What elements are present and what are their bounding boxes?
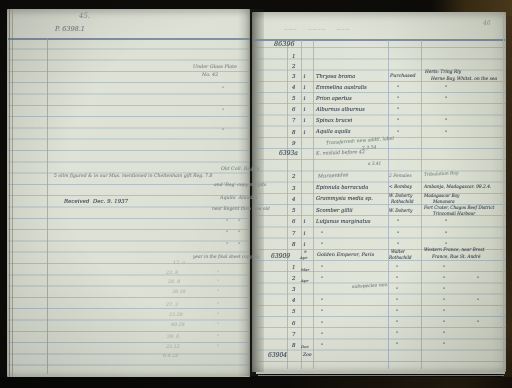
acquisition-entry: Purchased bbox=[390, 75, 416, 80]
species-entry: Emmelina australis bbox=[316, 86, 367, 91]
ditto-mark: " " bbox=[226, 231, 240, 236]
row-number: 8 bbox=[292, 344, 296, 350]
count: 1 bbox=[303, 108, 306, 113]
row-number: 5 bbox=[292, 310, 296, 316]
ditto-mark: " bbox=[321, 277, 323, 282]
ditto-mark: " bbox=[397, 220, 399, 225]
row-number: 4 bbox=[292, 299, 296, 305]
gutter-shadow bbox=[238, 9, 264, 376]
species-entry: Lutjanus marginatus bbox=[316, 220, 371, 225]
ditto-mark: " bbox=[445, 97, 447, 102]
column-divider bbox=[313, 40, 314, 369]
ditto-mark: " bbox=[217, 281, 219, 286]
species-entry: Scomber gillii bbox=[316, 209, 353, 214]
pencil-number: 29. 6 bbox=[167, 336, 179, 341]
acquisition-entry: W. Doherty bbox=[389, 209, 412, 213]
register-suffix: Zoo bbox=[303, 354, 312, 359]
right-page bbox=[252, 12, 506, 372]
ledger-photo: 45. 46 P. 6398.1Under Glass PlateNo. 42"… bbox=[0, 0, 512, 388]
count: 1 bbox=[303, 232, 306, 237]
ditto-mark: " bbox=[445, 220, 447, 225]
case-note: Under Glass Plate bbox=[193, 66, 237, 71]
ditto-mark: " bbox=[321, 344, 323, 349]
ditto-mark: " bbox=[396, 322, 398, 327]
locality-entry: Madagascar Bay bbox=[424, 194, 459, 198]
locality-entry: Fort Crater, Chagos Reef District bbox=[424, 206, 494, 210]
ditto-mark: " bbox=[443, 278, 445, 283]
curator-note: a 3.41 bbox=[368, 162, 381, 166]
curator-note: Aquila Alaudin bbox=[220, 197, 257, 202]
row-number: 9 bbox=[292, 142, 296, 148]
locality-entry: France, Rue St. André bbox=[432, 256, 481, 260]
species-entry: Epinnula barracuda bbox=[316, 186, 368, 191]
row-number: 3 bbox=[292, 288, 296, 294]
ditto-mark: " bbox=[397, 108, 399, 113]
ditto-mark: " bbox=[443, 300, 445, 305]
pencil-number: 23.12 bbox=[166, 346, 180, 351]
ditto-mark: " " bbox=[226, 243, 240, 248]
row-number: 7 bbox=[292, 119, 296, 125]
page-edge-line bbox=[258, 375, 504, 376]
species-entry: Alburnus alburnus bbox=[316, 108, 365, 113]
ditto-mark: " bbox=[217, 314, 219, 319]
ditto-mark: " bbox=[222, 129, 224, 134]
curator-note: near Regent then now old bbox=[212, 208, 270, 212]
curator-note: K. mislaid before 42 bbox=[316, 151, 365, 158]
ditto-mark: " bbox=[222, 87, 224, 92]
row-number: 7 bbox=[292, 232, 296, 238]
ditto-mark: " bbox=[397, 86, 399, 91]
ditto-mark: " bbox=[217, 336, 219, 341]
row-number: 1 bbox=[292, 266, 296, 272]
row-number: 4 bbox=[292, 198, 296, 204]
row-number: 5 bbox=[292, 97, 296, 103]
acquisition-entry: 2 Females bbox=[389, 175, 412, 179]
page-edge-line bbox=[12, 9, 13, 377]
ditto-mark: " bbox=[217, 304, 219, 309]
ditto-mark: " bbox=[396, 344, 398, 349]
pencil-number: 38.18 bbox=[172, 291, 186, 296]
ditto-mark: " bbox=[217, 324, 219, 329]
ditto-mark: " bbox=[397, 119, 399, 124]
ditto-mark: " bbox=[477, 300, 479, 305]
printed-heading: ——— · ———— · ——— bbox=[284, 28, 350, 32]
species-entry: Spinax brucei bbox=[316, 119, 352, 124]
row-number: 2 bbox=[292, 65, 296, 71]
ditto-mark: " bbox=[443, 311, 445, 316]
row-number: 6 bbox=[292, 108, 296, 114]
ditto-mark: " bbox=[397, 243, 399, 248]
ditto-mark: " bbox=[443, 267, 445, 272]
ditto-mark: " bbox=[396, 267, 398, 272]
column-divider bbox=[421, 40, 422, 369]
locality-entry: Western France, near Brest bbox=[424, 249, 484, 253]
right-page-number: 46 bbox=[483, 21, 491, 27]
ditto-mark: " bbox=[445, 119, 447, 124]
month-note: Mar bbox=[301, 268, 309, 272]
date-note: Received Dec. 9. 1937 bbox=[64, 200, 128, 206]
ditto-mark: " " bbox=[226, 220, 240, 225]
ditto-mark: " bbox=[443, 289, 445, 294]
row-number: 7 bbox=[292, 333, 296, 339]
pencil-number: 12. a bbox=[173, 262, 185, 267]
ditto-mark: " bbox=[217, 291, 219, 296]
row-number: 3 bbox=[292, 187, 296, 193]
register-number: 63909 bbox=[271, 254, 290, 260]
month-note: Apr bbox=[300, 256, 307, 260]
locality-entry: Herts: Tring Rly bbox=[425, 71, 461, 75]
header-rule-left bbox=[8, 38, 250, 40]
ditto-mark: " bbox=[397, 232, 399, 237]
row-number: 4 bbox=[292, 86, 296, 92]
acquisition-entry: Rothschild bbox=[389, 256, 412, 260]
curator-note: and 'Reg' copy my jots bbox=[214, 184, 266, 189]
row-number: 5 bbox=[292, 209, 296, 215]
row-number: 2 bbox=[292, 277, 296, 283]
ditto-mark: " bbox=[217, 272, 219, 277]
ditto-mark: " bbox=[477, 322, 479, 327]
count: 1 bbox=[303, 97, 306, 102]
count: 1 bbox=[303, 119, 306, 124]
curator-note: Old Coll. Reg. y. bbox=[221, 168, 260, 173]
ditto-mark: " bbox=[397, 131, 399, 136]
month-note: Dec bbox=[301, 345, 309, 349]
acquisition-entry: < Bombay bbox=[389, 186, 412, 190]
pencil-number: 23.28 bbox=[169, 314, 183, 319]
column-divider bbox=[287, 40, 288, 369]
count: 1 bbox=[303, 86, 306, 91]
acquisition-entry: Rothschild bbox=[391, 200, 414, 204]
ditto-mark: " bbox=[321, 266, 323, 271]
count: 9 bbox=[304, 250, 307, 254]
row-number: 2 bbox=[292, 175, 296, 181]
locality-entry: Mananara bbox=[433, 200, 455, 204]
ditto-mark: " bbox=[443, 333, 445, 338]
row-number: 8 bbox=[292, 131, 296, 137]
species-entry: Grammysia media sp. bbox=[316, 197, 373, 202]
ditto-mark: " bbox=[396, 278, 398, 283]
register-number: 63904 bbox=[268, 353, 287, 359]
ditto-mark: " bbox=[396, 333, 398, 338]
row-number: 1 bbox=[292, 55, 296, 61]
book-bottom-edge bbox=[0, 377, 512, 388]
count: 1 bbox=[303, 131, 306, 136]
pencil-number: 28. 8 bbox=[168, 281, 180, 286]
ditto-mark: " bbox=[321, 322, 323, 327]
ditto-mark: " bbox=[396, 311, 398, 316]
page-edge-line bbox=[503, 14, 504, 372]
column-divider bbox=[388, 40, 389, 369]
month-note: Apr bbox=[301, 279, 308, 283]
pencil-number: 6.4.28 bbox=[163, 355, 178, 360]
locality-entry: Ambanja, Madagascar. 98.2.4. bbox=[424, 186, 491, 190]
pencil-number: 27. 2 bbox=[166, 304, 178, 309]
register-number: 6393a bbox=[279, 151, 298, 157]
ditto-mark: " bbox=[396, 300, 398, 305]
ditto-mark: " bbox=[443, 322, 445, 327]
left-page-number: 45. bbox=[79, 13, 90, 20]
page-edge-line bbox=[9, 9, 10, 377]
pencil-number: 23. 8 bbox=[166, 272, 178, 277]
locality-entry: Herne Bay, Whitst. on the sea bbox=[431, 78, 497, 82]
count: 1 bbox=[303, 75, 306, 80]
curator-note: 5 olim figured & in our Mus. mentioned i… bbox=[54, 175, 212, 180]
acquisition-entry: Walter bbox=[391, 250, 405, 254]
ditto-mark: " bbox=[321, 232, 323, 237]
case-note: No. 42 bbox=[202, 74, 218, 79]
register-code: P. 6398.1 bbox=[55, 26, 85, 33]
column-divider bbox=[301, 40, 302, 369]
ditto-mark: " bbox=[321, 333, 323, 338]
acquisition-entry: W. Doherty bbox=[389, 194, 412, 198]
page-edge-line bbox=[256, 372, 505, 374]
species-entry: Prion apertus bbox=[316, 97, 352, 102]
ditto-mark: " bbox=[445, 131, 447, 136]
ditto-mark: " bbox=[396, 289, 398, 294]
species-entry: Thryssa brama bbox=[316, 75, 355, 80]
count: 1 bbox=[303, 243, 306, 248]
row-number: 6 bbox=[292, 322, 296, 328]
curator-note: year in the final sheet copy mj. bbox=[193, 256, 260, 260]
ditto-mark: " bbox=[321, 243, 323, 248]
row-number: 8 bbox=[292, 243, 296, 249]
ditto-mark: " bbox=[217, 346, 219, 351]
ditto-mark: " bbox=[321, 310, 323, 315]
ditto-mark: " bbox=[445, 232, 447, 237]
ditto-mark: " bbox=[321, 299, 323, 304]
ditto-mark: " bbox=[222, 109, 224, 114]
register-number: 86396 bbox=[274, 41, 295, 48]
ditto-mark: " bbox=[397, 97, 399, 102]
row-number: 6 bbox=[292, 220, 296, 226]
species-entry: Aquila aquila bbox=[316, 130, 351, 135]
locality-entry: Trincomali Harbour bbox=[433, 212, 475, 216]
count: 1 bbox=[303, 220, 306, 225]
ditto-mark: " bbox=[445, 86, 447, 91]
ditto-mark: " bbox=[477, 278, 479, 283]
ditto-mark: " bbox=[445, 243, 447, 248]
row-number: 3 bbox=[292, 75, 296, 81]
species-entry: Golden Emperor, Paris bbox=[317, 253, 374, 258]
ditto-mark: " bbox=[443, 344, 445, 349]
margin-line-left-page bbox=[47, 38, 48, 374]
pencil-number: 40.28 bbox=[171, 324, 185, 329]
